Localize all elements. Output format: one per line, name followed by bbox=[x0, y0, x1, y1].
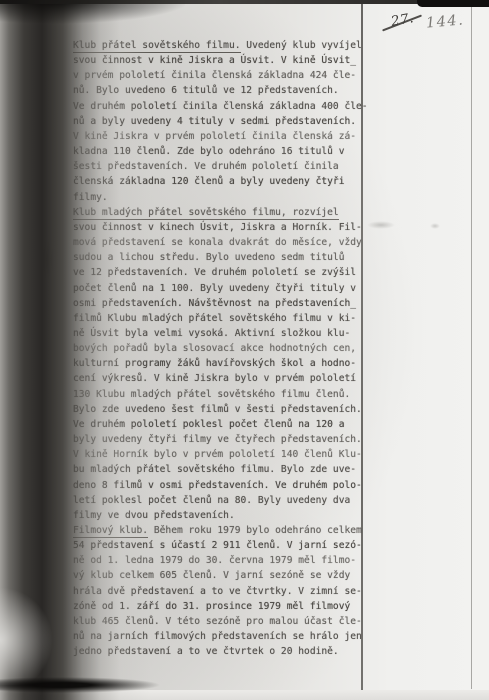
scanned-document-page: Klub přátel sovětského filmu. Uvedený kl… bbox=[0, 0, 489, 700]
margin-rule-line bbox=[361, 4, 363, 690]
pencil-smudge bbox=[430, 223, 440, 229]
scan-top-right-corner bbox=[417, 0, 489, 7]
right-edge-rule-line bbox=[471, 7, 472, 689]
binding-shadow-fade bbox=[0, 585, 58, 685]
handwritten-page-number: 144. bbox=[425, 12, 465, 31]
scan-top-edge bbox=[0, 0, 489, 4]
binding-shadow-foot bbox=[0, 674, 200, 694]
binding-shadow-top bbox=[0, 0, 185, 30]
